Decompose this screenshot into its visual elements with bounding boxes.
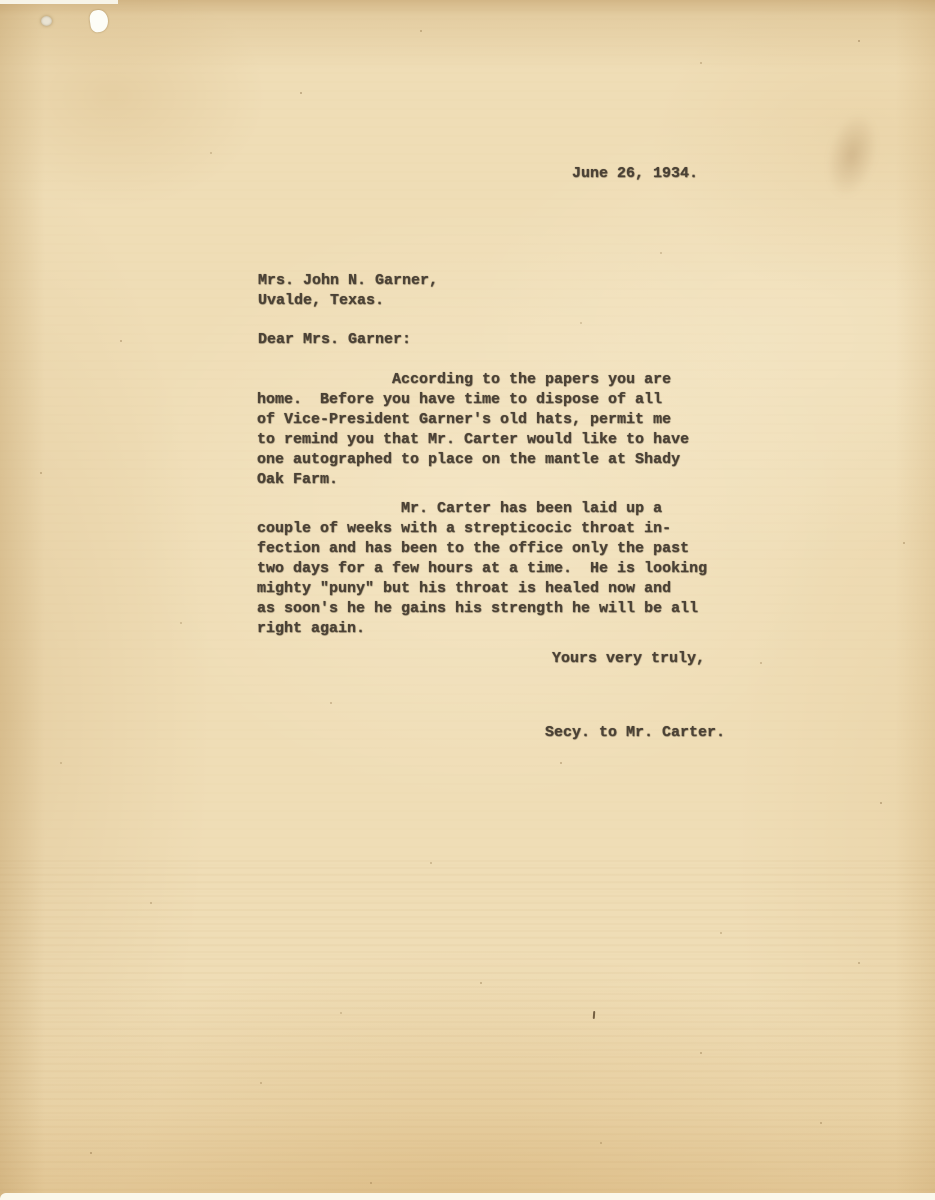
scanned-letter-page: June 26, 1934. Mrs. John N. Garner, Uval… — [0, 0, 935, 1200]
recipient-address: Mrs. John N. Garner, Uvalde, Texas. — [258, 271, 438, 311]
signature-line: Secy. to Mr. Carter. — [545, 723, 725, 743]
date-line: June 26, 1934. — [572, 164, 698, 184]
body-paragraph-1: According to the papers you are home. Be… — [257, 370, 737, 490]
letter-content: June 26, 1934. Mrs. John N. Garner, Uval… — [0, 0, 935, 1200]
closing-line: Yours very truly, — [552, 649, 705, 669]
body-paragraph-2: Mr. Carter has been laid up a couple of … — [257, 499, 747, 639]
salutation: Dear Mrs. Garner: — [258, 330, 411, 350]
